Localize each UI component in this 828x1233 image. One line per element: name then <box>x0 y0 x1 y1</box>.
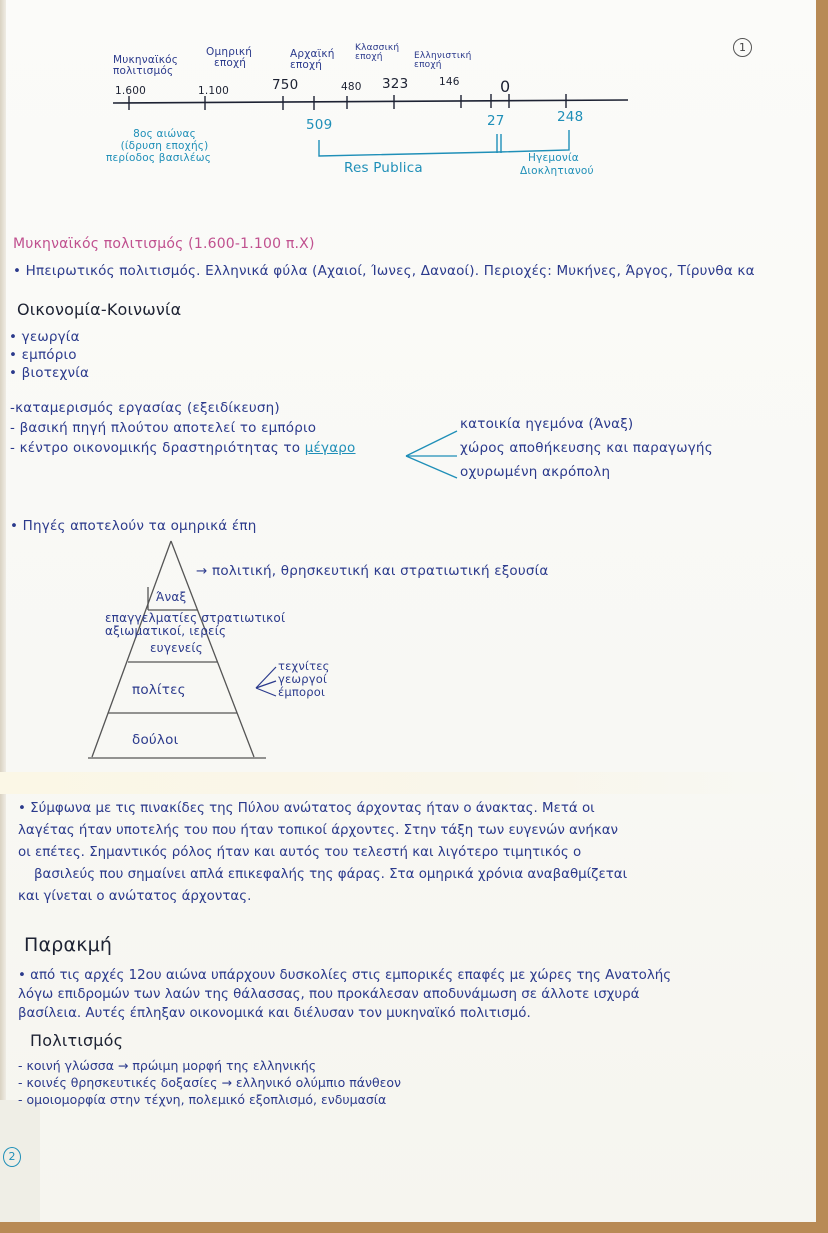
pyramid-tier-citizens: πολίτες <box>132 682 186 698</box>
pyramid-tier-nobles: ευγενείς <box>150 643 203 654</box>
pyramid-upper-tier: επαγγελματίες στρατιωτικοί αξιωματικοί, … <box>105 612 285 638</box>
paper-shade <box>0 772 816 794</box>
culture-heading: Πολιτισμός <box>30 1031 123 1050</box>
pylos-paragraph: • Σύμφωνα με τις πινακίδες της Πύλου ανώ… <box>18 798 627 908</box>
citizens-branches: τεχνίτες γεωργοί έμποροι <box>278 660 330 699</box>
next-page-number-badge: 2 <box>3 1147 21 1167</box>
pyramid-tier-slaves: δούλοι <box>132 732 178 748</box>
culture-list: - κοινή γλώσσα → πρώιμη μορφή της ελληνι… <box>18 1057 401 1108</box>
social-pyramid <box>0 0 828 800</box>
pyramid-tier-anax: Άναξ <box>156 592 186 603</box>
decline-heading: Παρακμή <box>24 934 112 956</box>
decline-paragraph: • από τις αρχές 12ου αιώνα υπάρχουν δυσκ… <box>18 966 671 1023</box>
anax-note: → πολιτική, θρησκευτική και στρατιωτική … <box>196 563 549 579</box>
